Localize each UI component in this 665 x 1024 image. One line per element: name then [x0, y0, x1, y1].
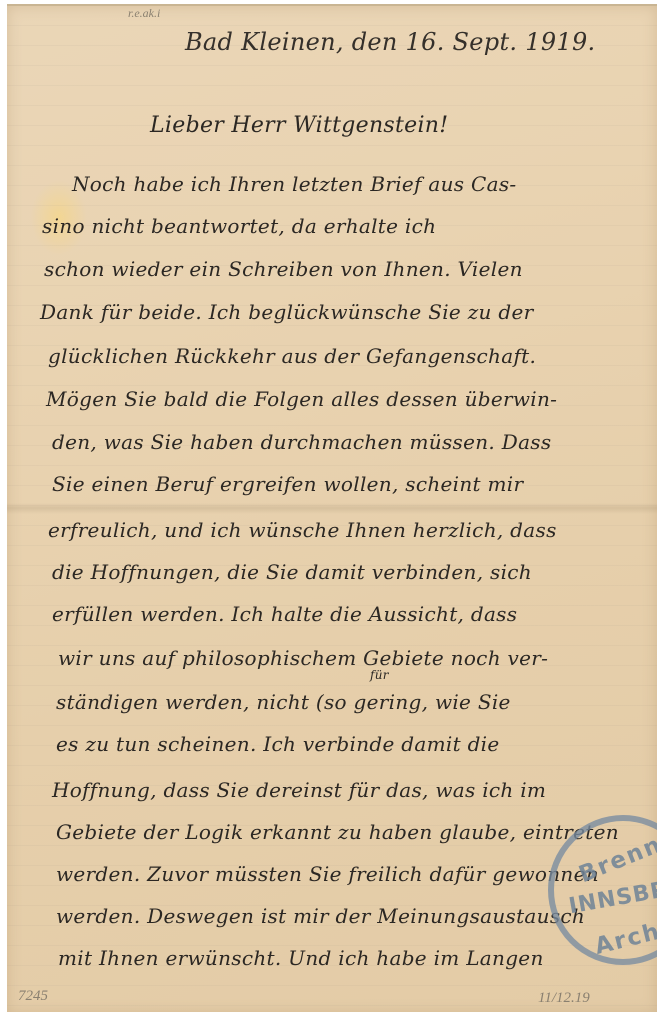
dateline: Bad Kleinen, den 16. Sept. 1919.	[185, 28, 595, 56]
body-line: erfreulich, und ich wünsche Ihnen herzli…	[48, 518, 557, 542]
body-line: Hoffnung, dass Sie dereinst für das, was…	[52, 778, 546, 802]
body-line: Dank für beide. Ich beglückwünsche Sie z…	[40, 300, 533, 324]
body-line: Noch habe ich Ihren letzten Brief aus Ca…	[72, 172, 516, 196]
body-line: Gebiete der Logik erkannt zu haben glaub…	[56, 820, 619, 844]
body-line: es zu tun scheinen. Ich verbinde damit d…	[56, 732, 500, 756]
body-line: schon wieder ein Schreiben von Ihnen. Vi…	[44, 257, 523, 281]
body-line: ständigen werden, nicht (so gering, wie …	[56, 690, 511, 714]
body-line: Sie einen Beruf ergreifen wollen, schein…	[52, 472, 523, 496]
body-line: werden. Deswegen ist mir der Meinungsaus…	[56, 904, 585, 928]
body-line: erfüllen werden. Ich halte die Aussicht,…	[52, 602, 517, 626]
scan-margin-right	[657, 0, 665, 1024]
pencil-note-top: r.e.ak.i	[128, 6, 160, 21]
letter-scan: r.e.ak.i Bad Kleinen, den 16. Sept. 1919…	[0, 0, 665, 1024]
body-line: die Hoffnungen, die Sie damit verbinden,…	[52, 560, 532, 584]
salutation: Lieber Herr Wittgenstein!	[150, 113, 448, 138]
body-line: wir uns auf philosophischem Gebiete noch…	[58, 646, 548, 670]
stamp-text-top: Brenner	[575, 820, 665, 888]
body-line: Mögen Sie bald die Folgen alles dessen ü…	[46, 387, 557, 411]
body-line: werden. Zuvor müssten Sie freilich dafür…	[56, 862, 599, 886]
archive-number: 7245	[18, 988, 48, 1005]
scan-margin-bottom	[0, 1012, 665, 1024]
body-line: glücklichen Rückkehr aus der Gefangensch…	[48, 344, 536, 368]
interlinear-insertion: für	[370, 668, 389, 682]
stamp-text-bottom: Archiv	[592, 912, 665, 960]
archive-date: 11/12.19	[538, 990, 590, 1007]
body-line: mit Ihnen erwünscht. Und ich habe im Lan…	[58, 946, 544, 970]
body-line: sino nicht beantwortet, da erhalte ich	[42, 214, 436, 238]
body-line: den, was Sie haben durchmachen müssen. D…	[52, 430, 551, 454]
